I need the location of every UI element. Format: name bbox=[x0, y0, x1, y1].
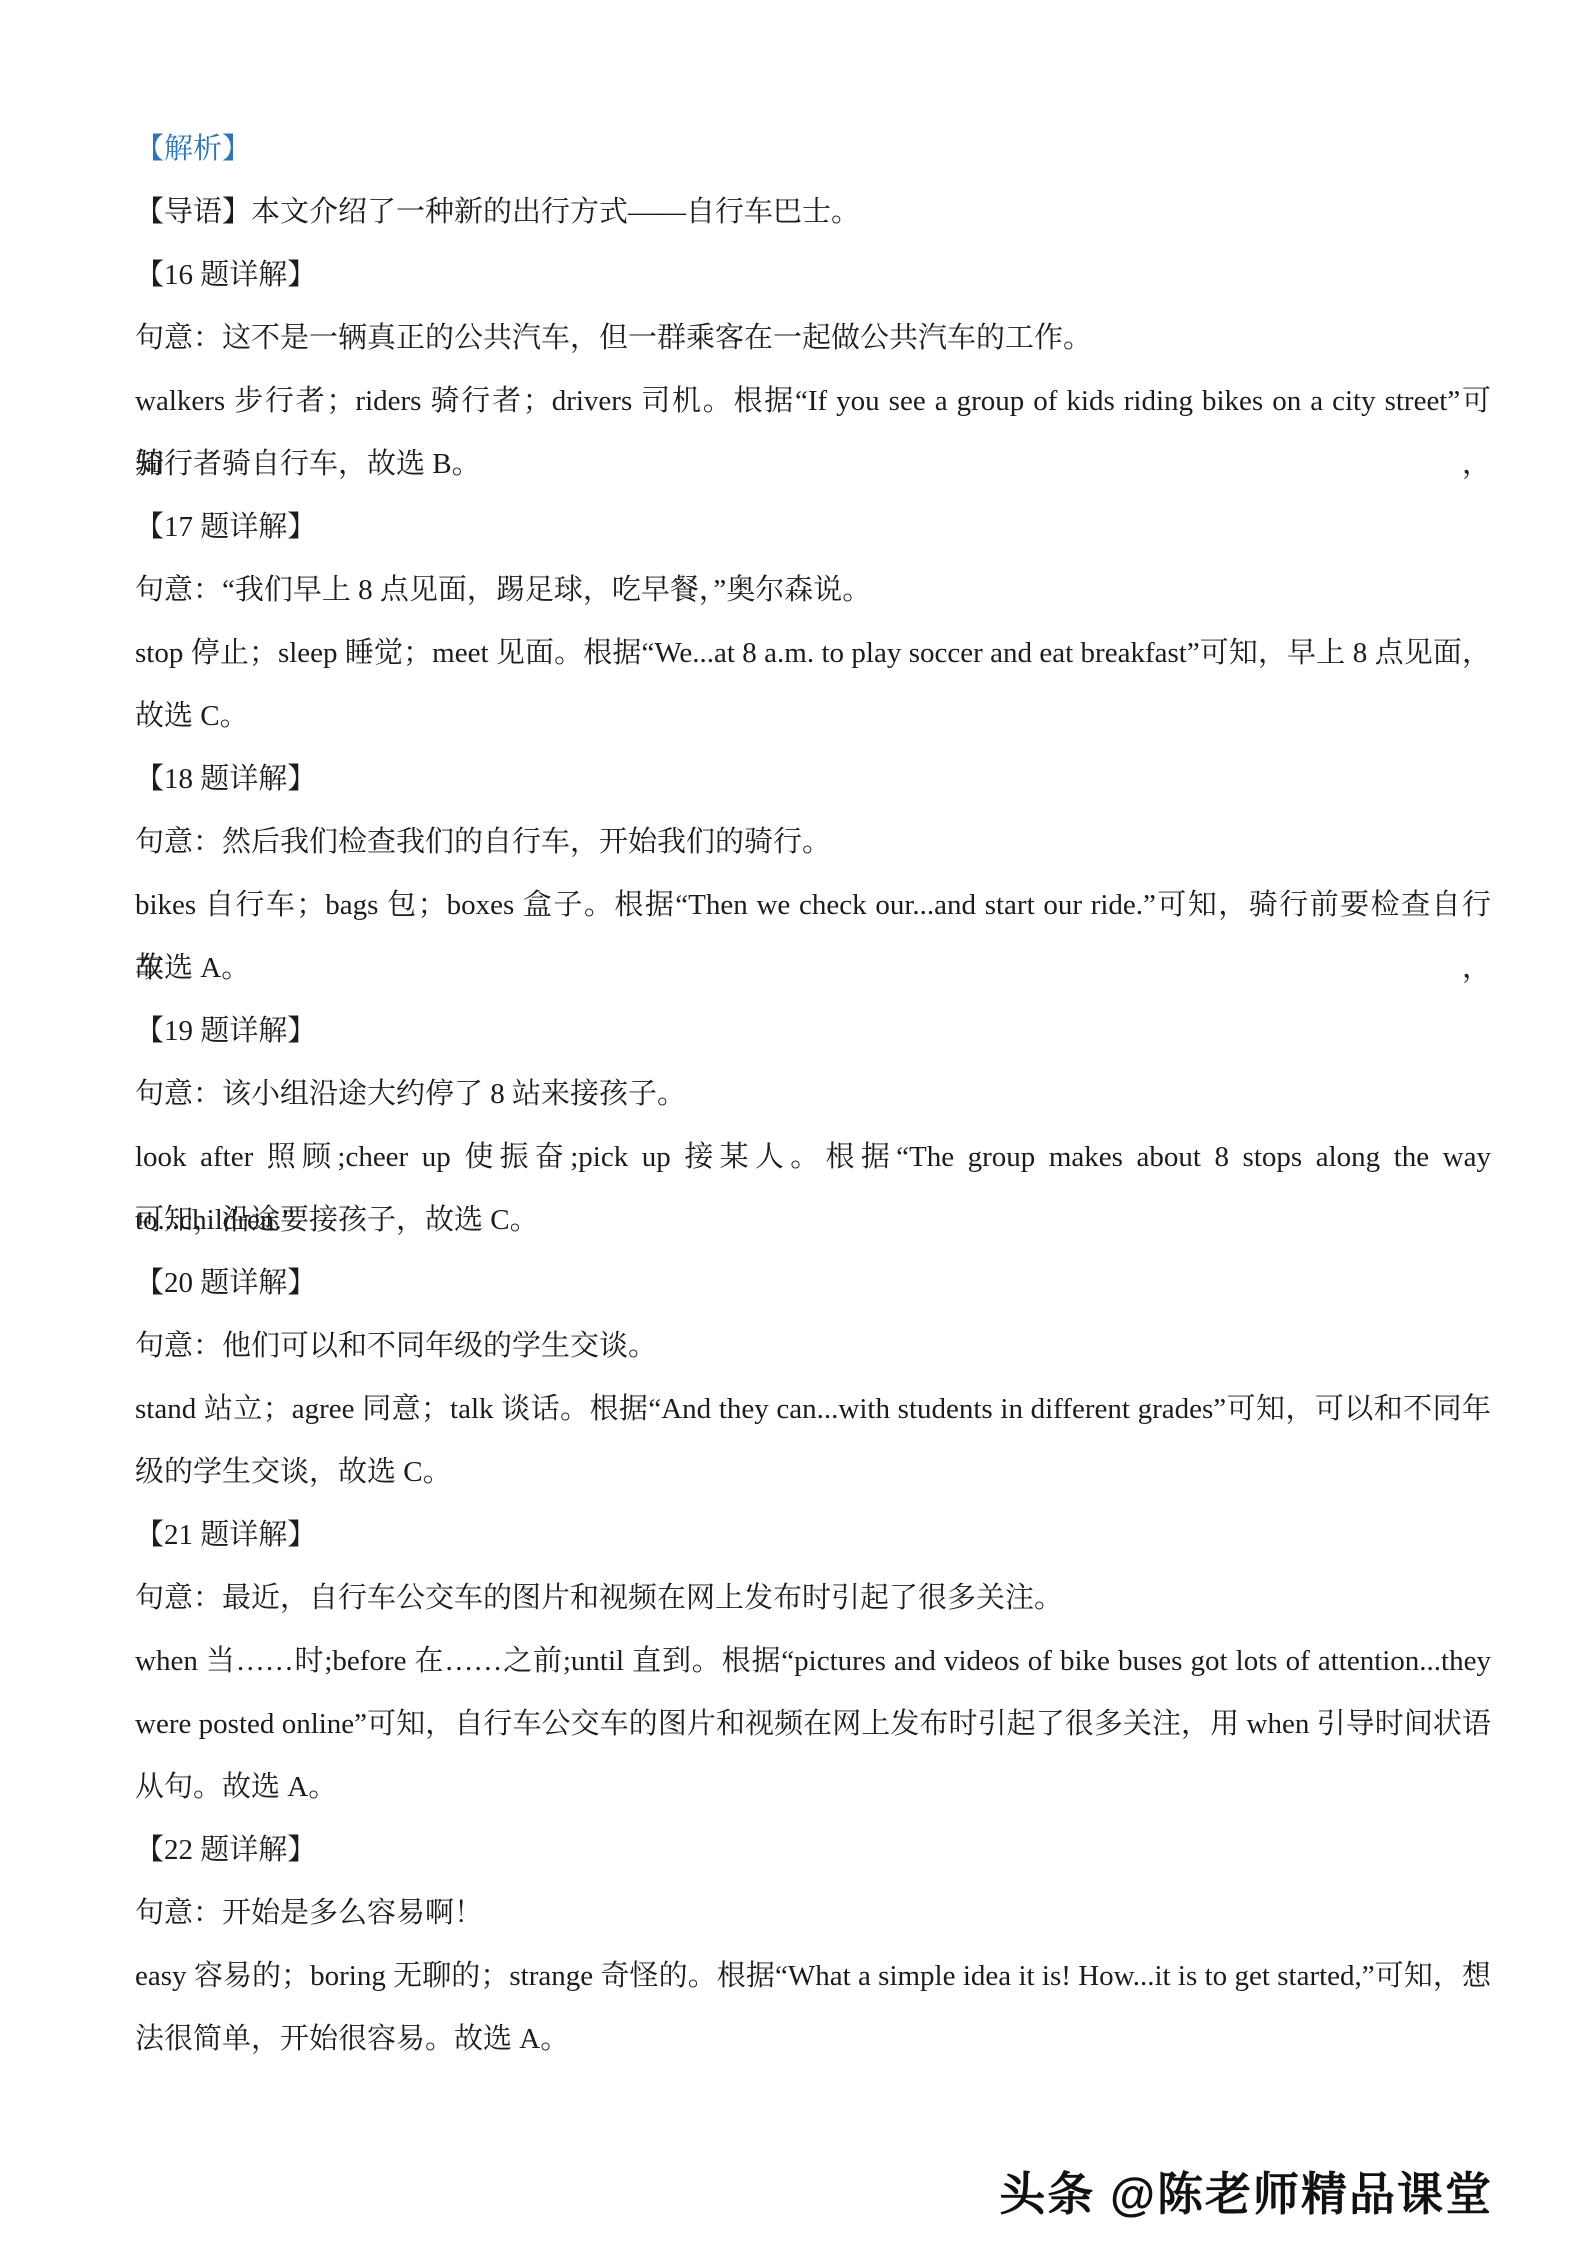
q19-sentence-meaning: 句意：该小组沿途大约停了 8 站来接孩子。 bbox=[135, 1063, 1491, 1126]
q16-sentence-meaning: 句意：这不是一辆真正的公共汽车，但一群乘客在一起做公共汽车的工作。 bbox=[135, 307, 1491, 370]
q16-heading: 【16 题详解】 bbox=[135, 244, 1491, 307]
q21-sentence-meaning: 句意：最近，自行车公交车的图片和视频在网上发布时引起了很多关注。 bbox=[135, 1567, 1491, 1630]
q21-heading: 【21 题详解】 bbox=[135, 1504, 1491, 1567]
q20-sentence-meaning: 句意：他们可以和不同年级的学生交谈。 bbox=[135, 1315, 1491, 1378]
analysis-heading: 【解析】 bbox=[135, 118, 1491, 181]
q18-heading: 【18 题详解】 bbox=[135, 748, 1491, 811]
q17-answer-line: 故选 C。 bbox=[135, 685, 1491, 748]
watermark-toutiao-teacher-chen: 头条 @陈老师精品课堂 bbox=[999, 2158, 1493, 2224]
q22-answer-line: 法很简单，开始很容易。故选 A。 bbox=[135, 2008, 1491, 2071]
q18-sentence-meaning: 句意：然后我们检查我们的自行车，开始我们的骑行。 bbox=[135, 811, 1491, 874]
q20-explanation-line: stand 站立；agree 同意；talk 谈话。根据“And they ca… bbox=[135, 1378, 1491, 1441]
q17-explanation-line: stop 停止；sleep 睡觉；meet 见面。根据“We...at 8 a.… bbox=[135, 622, 1491, 685]
q17-heading: 【17 题详解】 bbox=[135, 496, 1491, 559]
q22-sentence-meaning: 句意：开始是多么容易啊！ bbox=[135, 1882, 1491, 1945]
q20-heading: 【20 题详解】 bbox=[135, 1252, 1491, 1315]
q20-answer-line: 级的学生交谈，故选 C。 bbox=[135, 1441, 1491, 1504]
q19-explanation-line: look after 照顾;cheer up 使振奋;pick up 接某人。根… bbox=[135, 1126, 1491, 1189]
document-page: 【解析】 【导语】本文介绍了一种新的出行方式——自行车巴士。 【16 题详解】 … bbox=[0, 0, 1587, 2245]
q21-answer-line: 从句。故选 A。 bbox=[135, 1756, 1491, 1819]
q21-explanation-line-1: when 当……时;before 在……之前;until 直到。根据“pictu… bbox=[135, 1630, 1491, 1693]
q19-answer-line: 可知，沿途要接孩子，故选 C。 bbox=[135, 1189, 1491, 1252]
q22-heading: 【22 题详解】 bbox=[135, 1819, 1491, 1882]
analysis-content: 【解析】 【导语】本文介绍了一种新的出行方式——自行车巴士。 【16 题详解】 … bbox=[135, 118, 1491, 2071]
q16-explanation-line: walkers 步行者；riders 骑行者；drivers 司机。根据“If … bbox=[135, 370, 1491, 433]
q22-explanation-line: easy 容易的；boring 无聊的；strange 奇怪的。根据“What … bbox=[135, 1945, 1491, 2008]
q17-sentence-meaning: 句意：“我们早上 8 点见面，踢足球，吃早餐，”奥尔森说。 bbox=[135, 559, 1491, 622]
q21-explanation-line-2: were posted online”可知，自行车公交车的图片和视频在网上发布时… bbox=[135, 1693, 1491, 1756]
q18-explanation-line: bikes 自行车；bags 包；boxes 盒子。根据“Then we che… bbox=[135, 874, 1491, 937]
intro-line: 【导语】本文介绍了一种新的出行方式——自行车巴士。 bbox=[135, 181, 1491, 244]
q19-heading: 【19 题详解】 bbox=[135, 1000, 1491, 1063]
